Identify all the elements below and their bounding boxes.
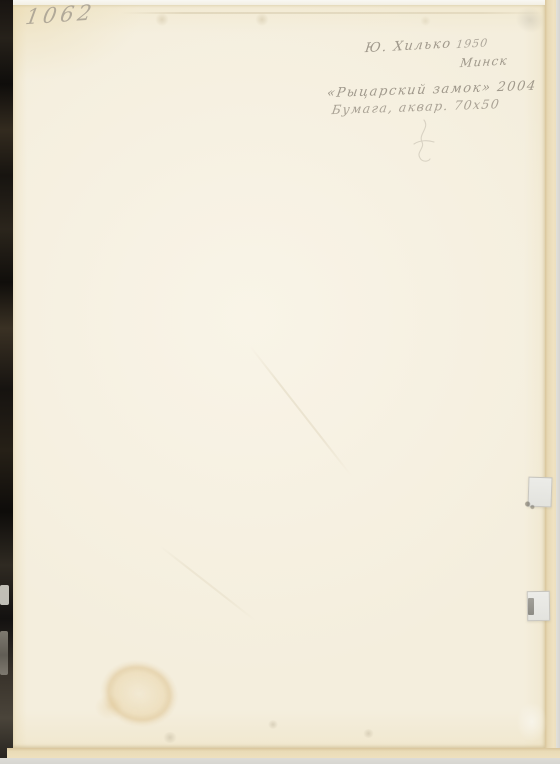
pencil-flourish-icon	[408, 118, 438, 168]
small-stain-speck	[268, 720, 278, 729]
lot-number: 1062	[24, 0, 98, 29]
small-stain-speck	[163, 732, 177, 743]
tape-residue-specks	[524, 500, 536, 510]
left-edge-light-patch	[0, 585, 9, 605]
faint-dot-mark	[155, 13, 169, 26]
light-abrasion-patch	[515, 700, 549, 744]
artist-birth-year: 1950	[455, 36, 489, 51]
sheet-top-edge-shadow	[120, 12, 545, 14]
paper-sheet	[11, 4, 545, 748]
city-inscription: Минск	[459, 53, 508, 70]
photo-right-edge	[556, 0, 560, 764]
left-edge-gray-patch	[0, 631, 8, 675]
artwork-verso-photo: 1062 Ю. Хилько 1950 Минск «Рыцарский зам…	[0, 0, 560, 764]
photo-bottom-edge	[0, 758, 560, 764]
faint-dot-mark	[255, 13, 269, 26]
pencil-flourish-mark	[408, 118, 438, 168]
yellow-stain-lobe	[92, 692, 126, 722]
faint-dot-mark	[420, 16, 431, 26]
small-stain-speck	[363, 729, 374, 738]
tape-dark-mark	[528, 598, 534, 615]
